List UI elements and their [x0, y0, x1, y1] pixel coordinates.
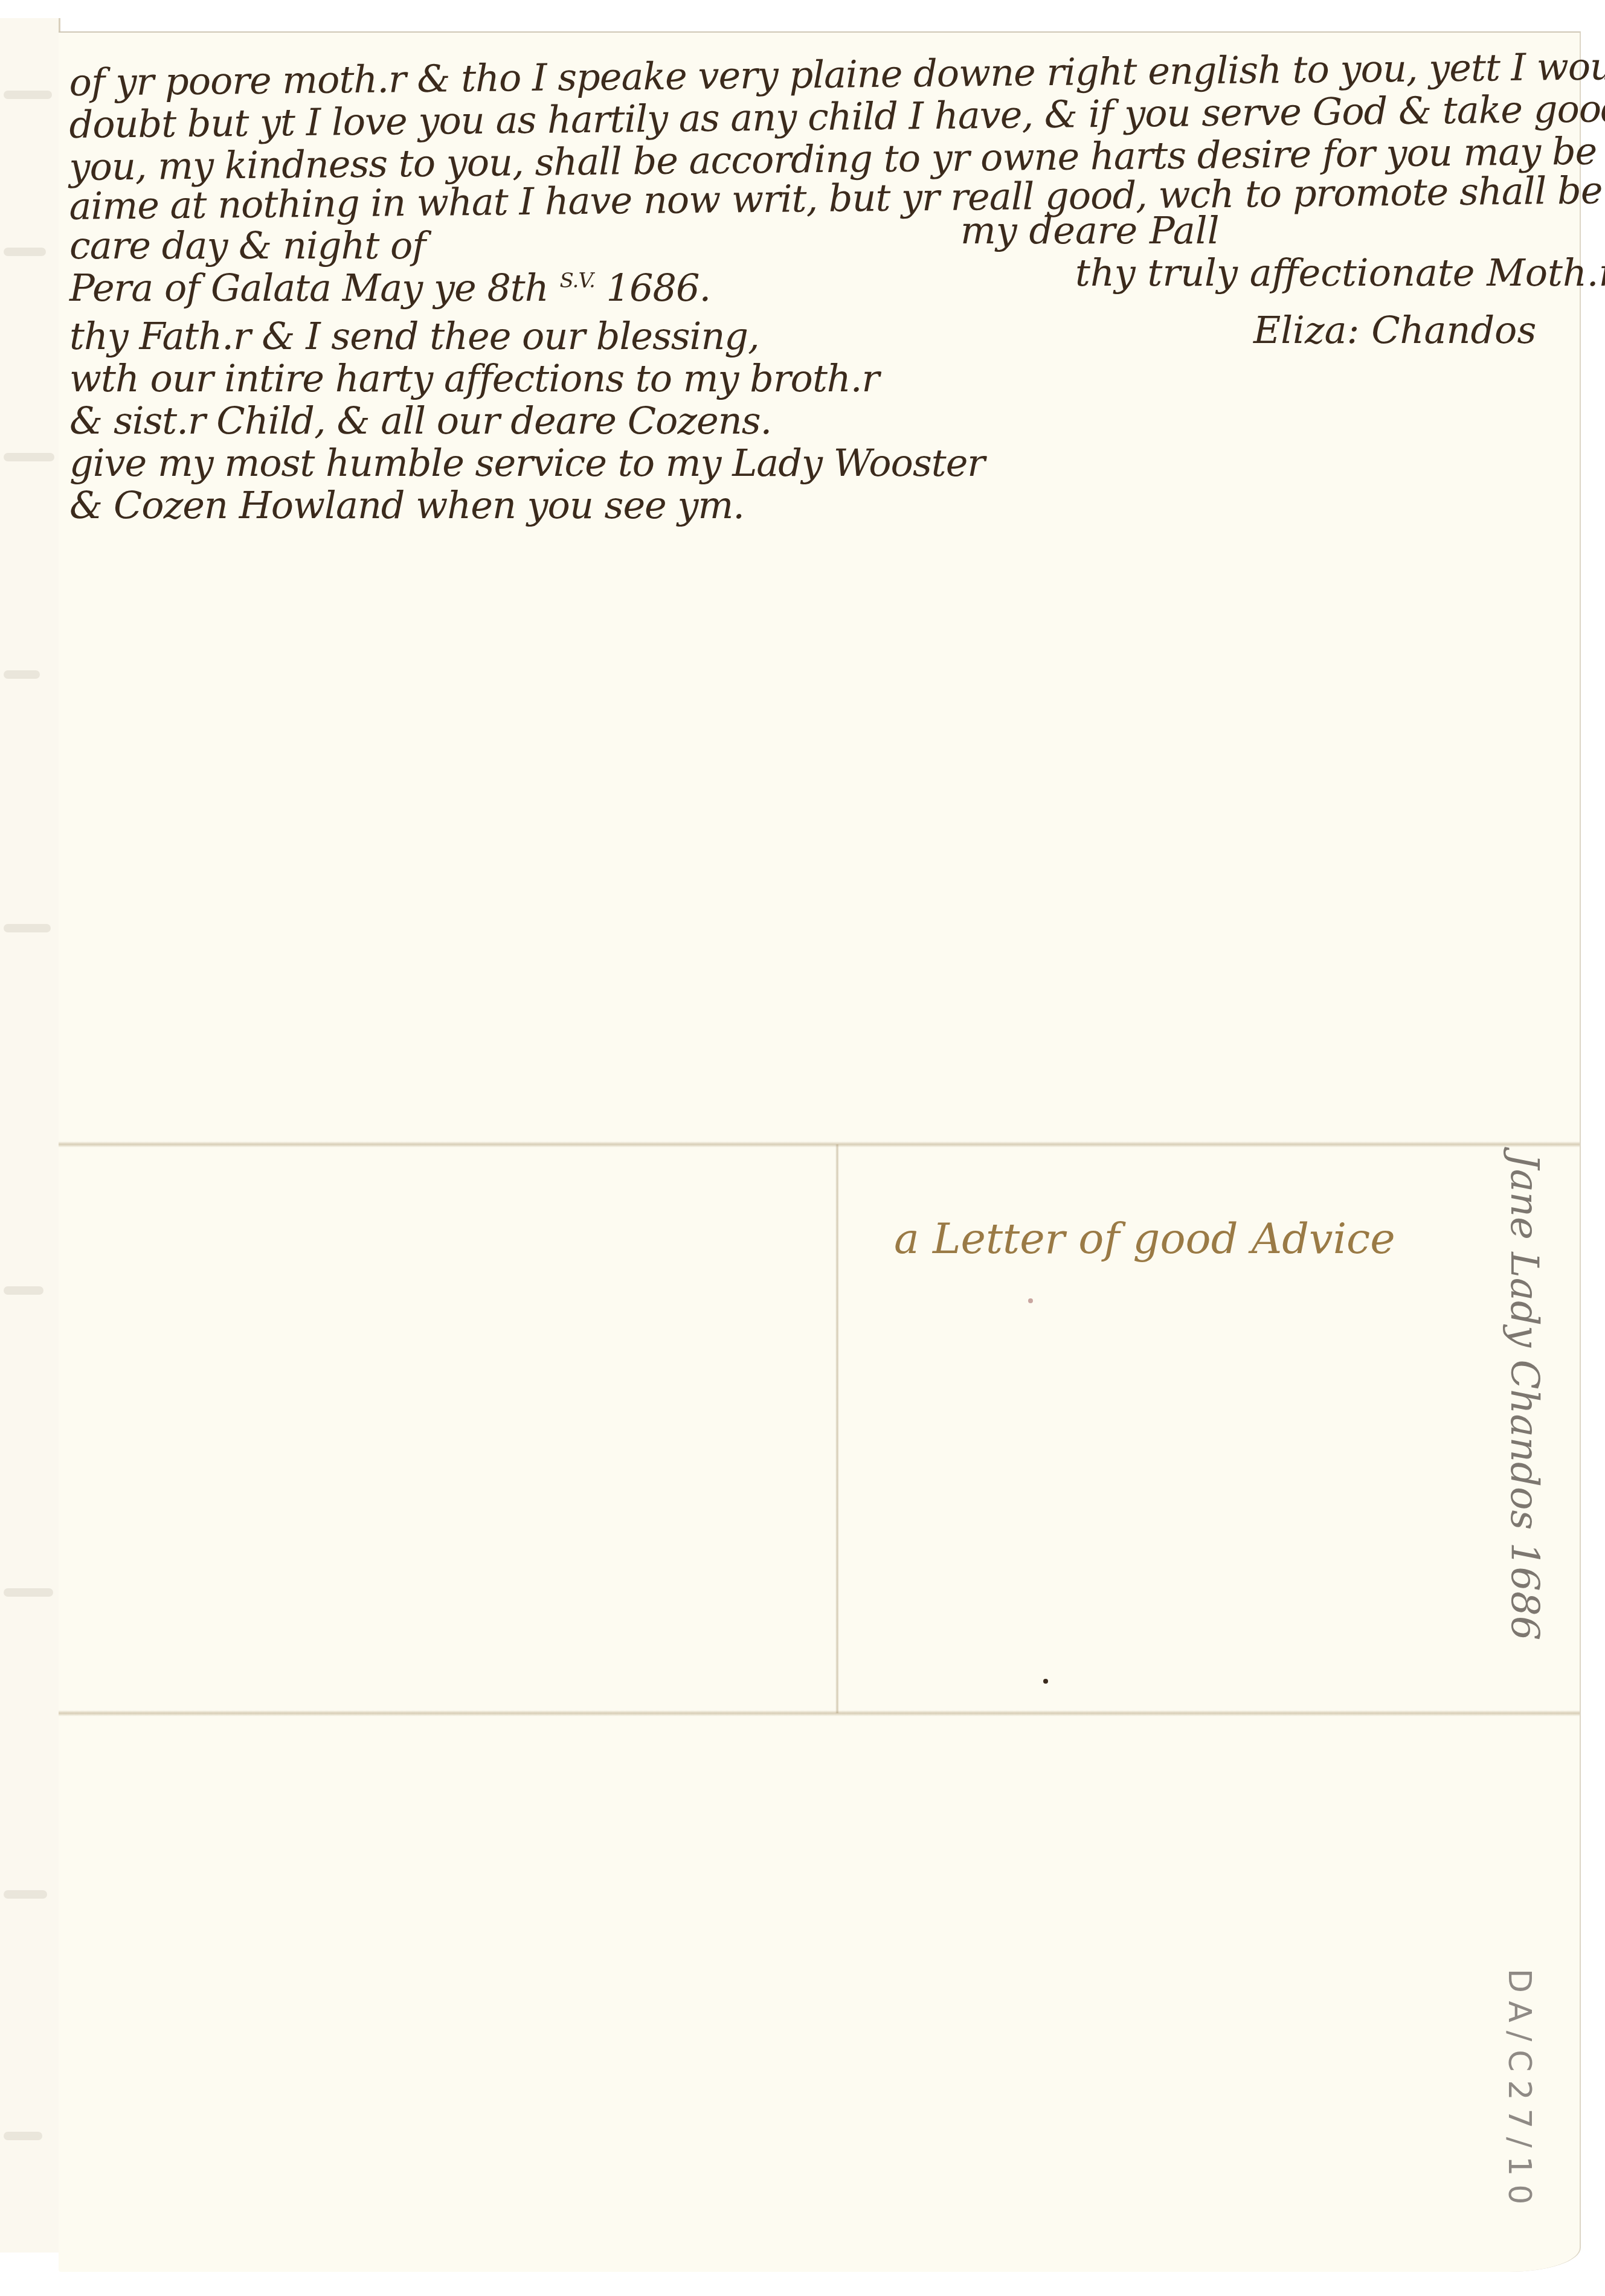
- closing-valediction: thy truly affectionate Moth.r: [1075, 251, 1605, 295]
- stain-speck: [1028, 1298, 1033, 1303]
- dateline-date: May ye 8th: [343, 266, 548, 310]
- bleed-through-mark: [4, 1286, 43, 1295]
- postscript-line-5: & Cozen Howland when you see ym.: [69, 483, 744, 527]
- bleed-through-mark: [4, 2132, 42, 2140]
- dateline-year: 1686.: [606, 266, 711, 310]
- archival-endorsement: Jane Lady Chandos 1686: [1502, 1153, 1546, 1641]
- ink-speck: [1043, 1679, 1048, 1684]
- vertical-fold-line: [835, 1144, 839, 1713]
- bleed-through-mark: [4, 1588, 53, 1597]
- folded-page-edge: [0, 18, 60, 2253]
- signature: Eliza: Chandos: [1253, 308, 1536, 352]
- horizontal-fold-line: [59, 1141, 1580, 1147]
- endorsement-title: a Letter of good Advice: [894, 1214, 1395, 1263]
- dateline-style-note: S.V.: [559, 269, 594, 293]
- dateline-place: Pera of Galata: [69, 266, 331, 310]
- postscript-line-2: wth our intire harty affections to my br…: [69, 356, 879, 400]
- letter-body-line-5: care day & night of: [69, 223, 425, 268]
- pencil-reference-number: DA/C27/10: [1501, 1969, 1537, 2213]
- closing-salutation: my deare Pall: [960, 208, 1219, 252]
- bleed-through-mark: [4, 453, 54, 461]
- bleed-through-mark: [4, 248, 46, 256]
- postscript-line-1: thy Fath.r & I send thee our blessing,: [69, 314, 759, 358]
- bleed-through-mark: [4, 1890, 47, 1899]
- dateline: Pera of Galata May ye 8th S.V. 1686.: [69, 266, 710, 310]
- bleed-through-mark: [4, 670, 40, 679]
- horizontal-fold-line: [59, 1710, 1580, 1716]
- bleed-through-mark: [4, 91, 52, 99]
- bleed-through-mark: [4, 924, 51, 932]
- postscript-line-4: give my most humble service to my Lady W…: [69, 441, 985, 485]
- postscript-line-3: & sist.r Child, & all our deare Cozens.: [69, 399, 771, 443]
